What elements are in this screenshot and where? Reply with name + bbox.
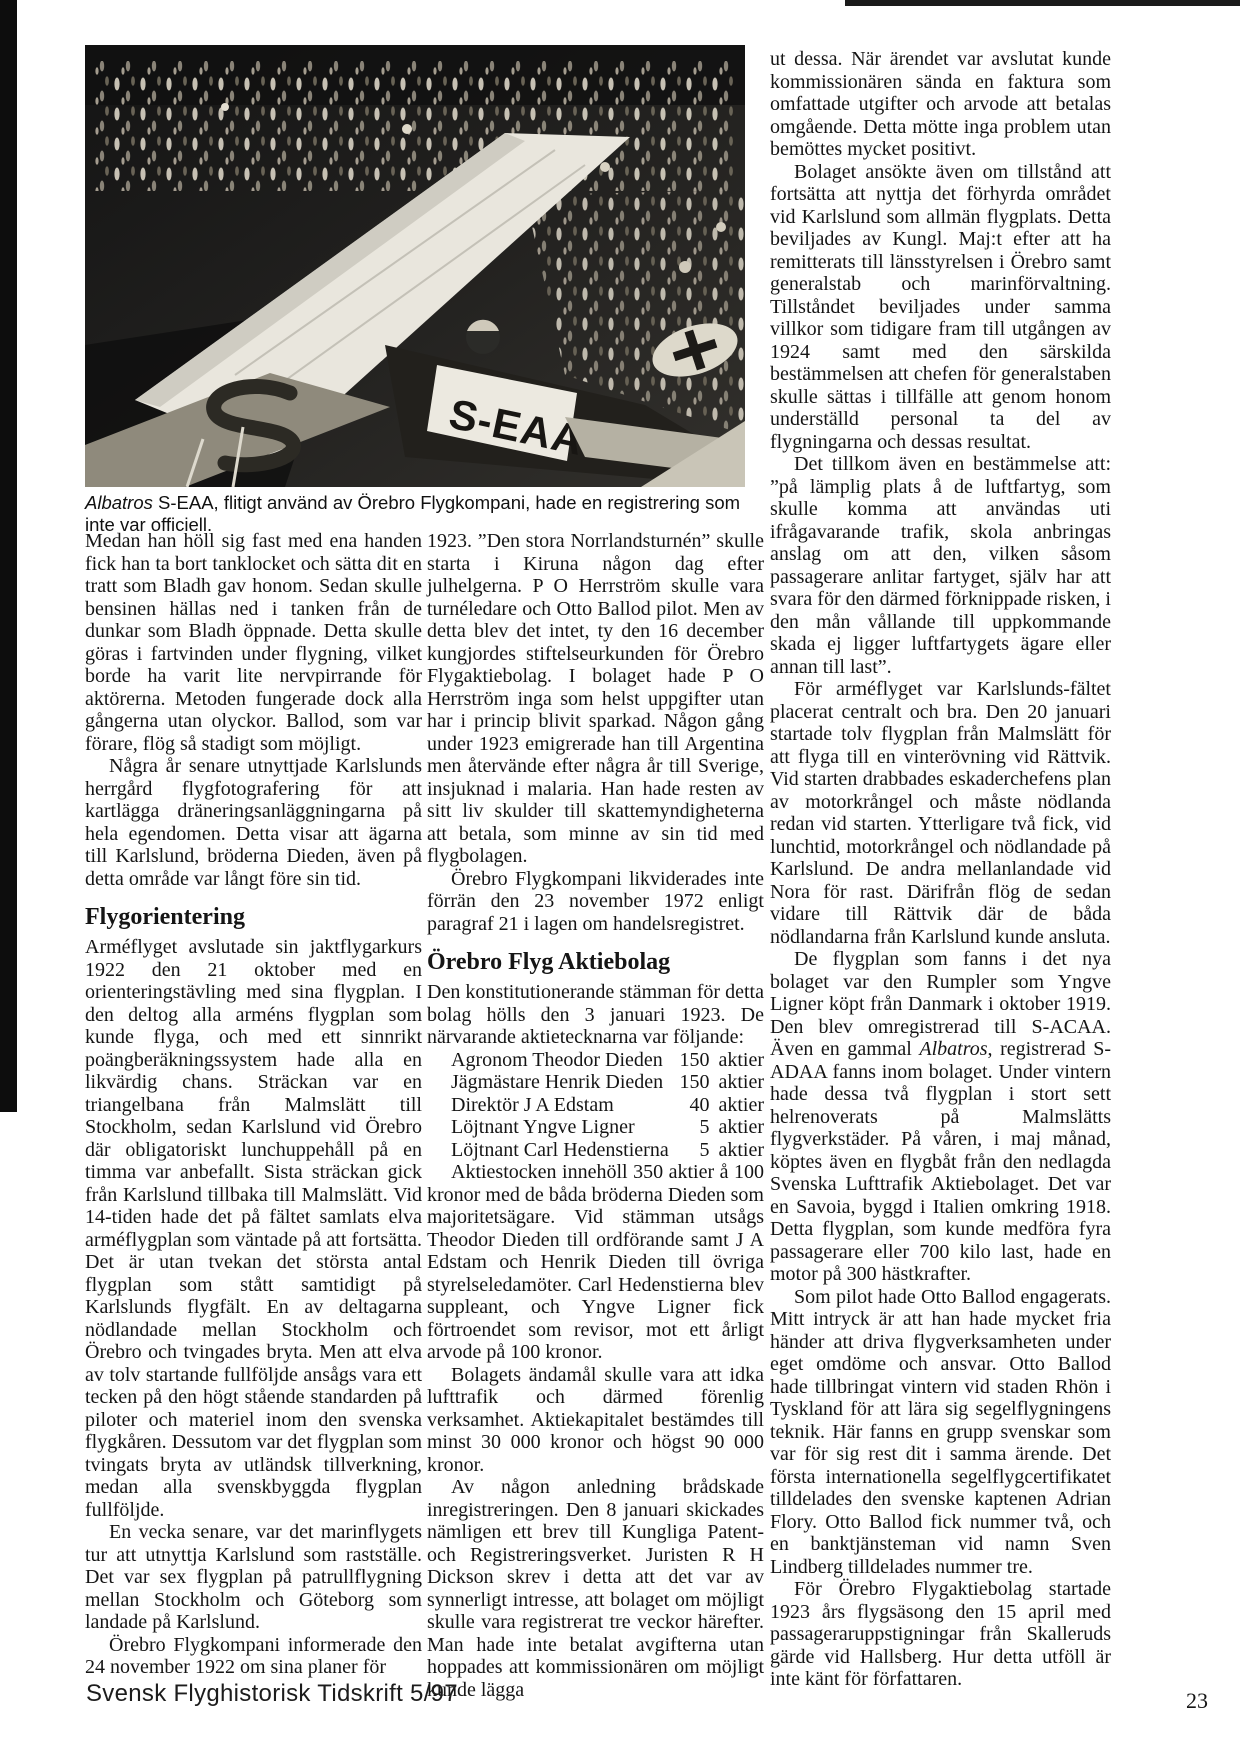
magazine-page: S-EAA Albatros S-EAA, flitigt använd av …	[0, 0, 1240, 1753]
aircraft-photo: S-EAA	[85, 45, 745, 487]
shareholder-list: Agronom Theodor Dieden 150 aktier Jägmäs…	[427, 1049, 764, 1162]
shareholder-name: Jägmästare Henrik Dieden	[427, 1071, 663, 1094]
paragraph: Medan han höll sig fast med ena handen f…	[85, 530, 422, 755]
paragraph: Bolagets ändamål skulle vara att idka lu…	[427, 1364, 764, 1477]
shareholder-name: Agronom Theodor Dieden	[427, 1049, 663, 1072]
paragraph: Bolaget ansökte även om tillstånd att fo…	[770, 161, 1111, 454]
paragraph: För Örebro Flygaktiebolag startade 1923 …	[770, 1578, 1111, 1691]
shareholder-count: 40	[671, 1094, 709, 1117]
paragraph: ut dessa. När ärendet var avslutat kunde…	[770, 48, 1111, 161]
shareholder-row: Direktör J A Edstam 40 aktier	[427, 1094, 764, 1117]
journal-title-footer: Svensk Flyghistorisk Tidskrift 5/97	[86, 1680, 458, 1708]
section-heading-flygorientering: Flygorientering	[85, 905, 422, 930]
shareholder-count: 150	[671, 1071, 709, 1094]
column-left: Medan han höll sig fast med ena handen f…	[85, 530, 422, 1679]
column-middle: 1923. ”Den stora Norrlandsturnén” skulle…	[427, 530, 764, 1701]
shareholder-row: Agronom Theodor Dieden 150 aktier	[427, 1049, 764, 1072]
paragraph: 1923. ”Den stora Norrlandsturnén” skulle…	[427, 530, 764, 868]
shareholder-count: 5	[671, 1116, 709, 1139]
shareholder-unit: aktier	[718, 1116, 764, 1139]
shareholder-unit: aktier	[718, 1139, 764, 1162]
paragraph: De flygplan som fanns i det nya bolaget …	[770, 948, 1111, 1286]
shareholder-unit: aktier	[718, 1049, 764, 1072]
shareholder-row: Löjtnant Carl Hedenstierna 5 aktier	[427, 1139, 764, 1162]
paragraph: Av någon anledning brådskade inregistrer…	[427, 1476, 764, 1701]
aircraft-photo-graphic: S-EAA	[85, 45, 745, 487]
shareholder-count: 5	[671, 1139, 709, 1162]
shareholder-name: Direktör J A Edstam	[427, 1094, 614, 1117]
page-top-edge	[845, 0, 1240, 6]
shareholder-row: Jägmästare Henrik Dieden 150 aktier	[427, 1071, 764, 1094]
paragraph: Arméflyget avslutade sin jaktflygarkurs …	[85, 936, 422, 1521]
paragraph: Som pilot hade Otto Ballod engagerats. M…	[770, 1286, 1111, 1579]
shareholder-name: Löjtnant Carl Hedenstierna	[427, 1139, 669, 1162]
paragraph: Några år senare utnyttjade Karlslunds he…	[85, 755, 422, 890]
page-edge-bar	[0, 0, 17, 1112]
paragraph: Det tillkom även en bestämmelse att: ”på…	[770, 453, 1111, 678]
section-heading-orebro-flyg-aktiebolag: Örebro Flyg Aktiebolag	[427, 950, 764, 975]
shareholder-name: Löjtnant Yngve Ligner	[427, 1116, 635, 1139]
page-number: 23	[1150, 1688, 1208, 1714]
paragraph: En vecka senare, var det marinflygets tu…	[85, 1521, 422, 1634]
paragraph: Aktiestocken innehöll 350 aktier å 100 k…	[427, 1161, 764, 1364]
paragraph-text: , registrerad S-ADAA fanns inom bolaget.…	[770, 1038, 1111, 1285]
caption-text: S-EAA, flitigt använd av Örebro Flygkomp…	[85, 492, 740, 535]
paragraph: Örebro Flygkompani informerade den 24 no…	[85, 1634, 422, 1679]
shareholder-row: Löjtnant Yngve Ligner 5 aktier	[427, 1116, 764, 1139]
shareholder-unit: aktier	[718, 1071, 764, 1094]
paragraph: För arméflyget var Karlslunds-fältet pla…	[770, 678, 1111, 948]
paragraph: Örebro Flygkompani likviderades inte för…	[427, 868, 764, 936]
shareholder-unit: aktier	[718, 1094, 764, 1117]
column-right: ut dessa. När ärendet var avslutat kunde…	[770, 48, 1111, 1691]
aircraft-name-italic: Albatros	[919, 1038, 987, 1060]
caption-aircraft-name: Albatros	[85, 492, 153, 513]
shareholder-count: 150	[671, 1049, 709, 1072]
paragraph: Den konstitutionerande stämman för detta…	[427, 981, 764, 1049]
